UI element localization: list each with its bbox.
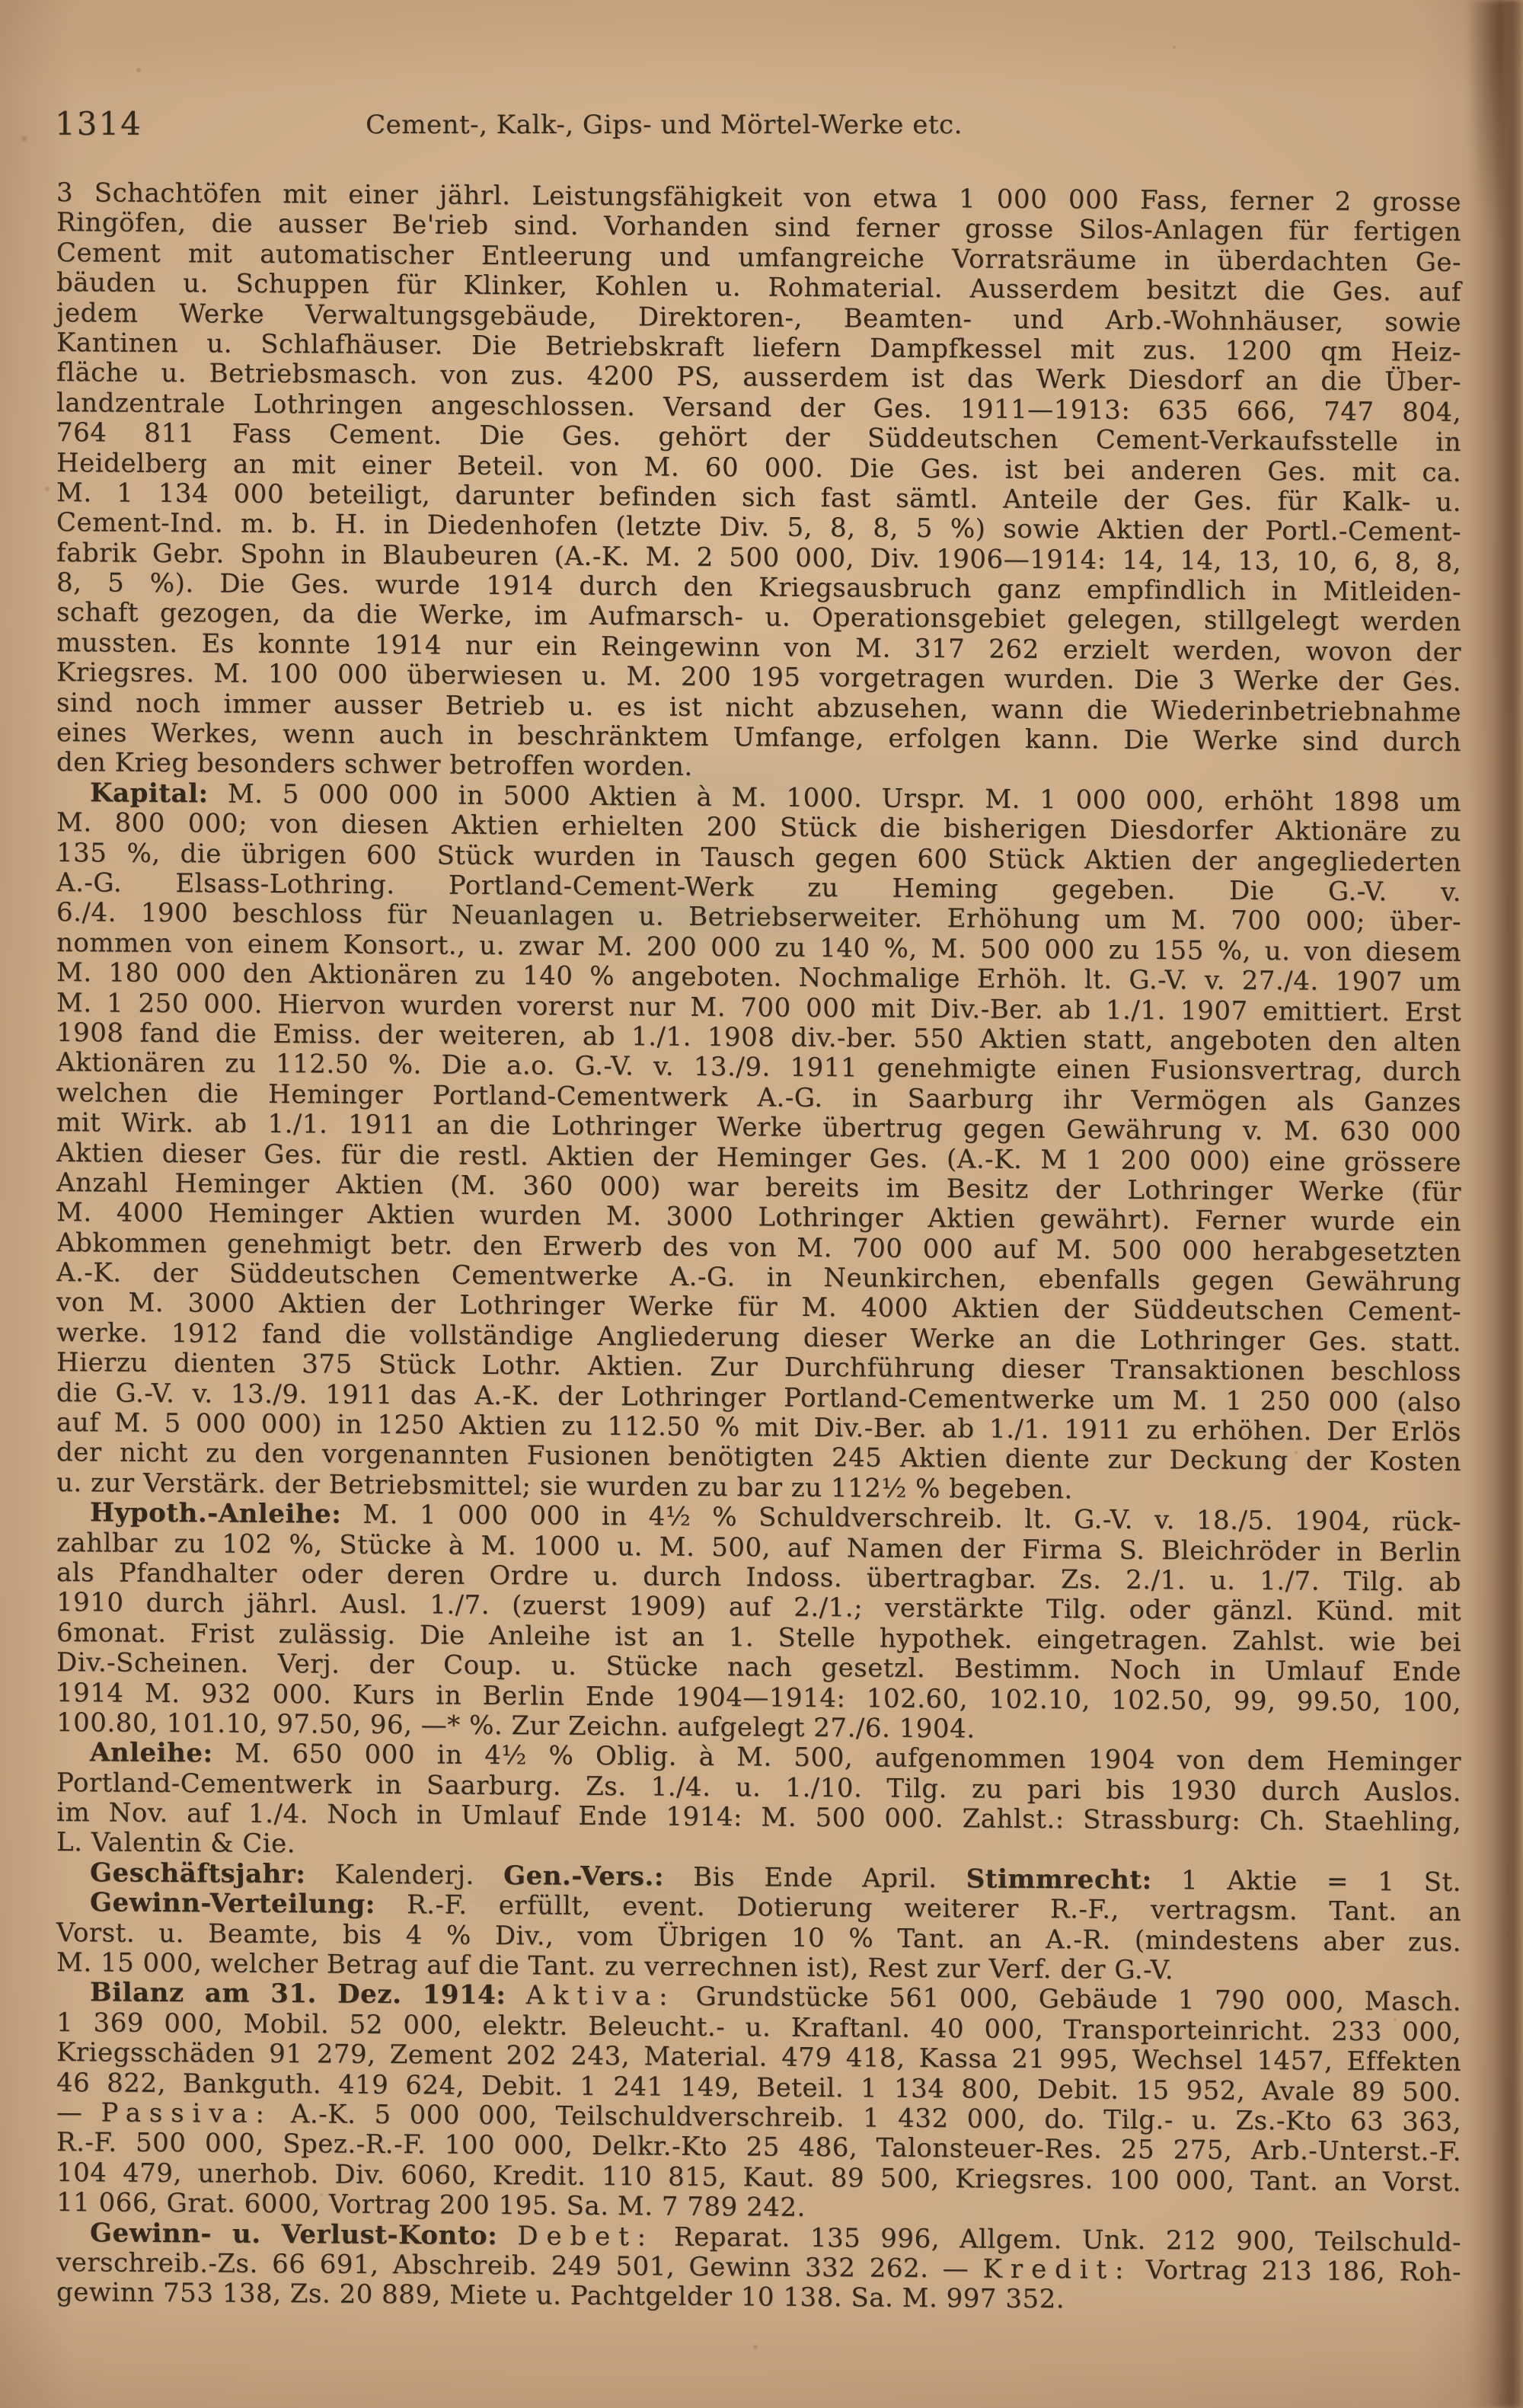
paragraph: Kapital: M. 5 000 000 in 5000 Aktien à M… [56,778,1461,1508]
spaced-label: Aktiva: [526,1981,676,2012]
text-run: — [56,2097,101,2128]
paragraph: Bilanz am 31. Dez. 1914: Aktiva: Grundst… [56,1978,1461,2228]
text-run: den Krieg besonders schwer betroffen wor… [56,747,693,782]
bold-label: Gen.-Vers.: [503,1860,664,1892]
bold-label: Kapital: [90,778,209,809]
text-run: Vortrag 213 186, Roh- [1132,2255,1461,2288]
paragraph: Gewinn-Verteilung: R.-F. erfüllt, event.… [56,1888,1461,1988]
bold-label: Stimmrecht: [966,1863,1152,1895]
paragraph: 3 Schachtöfen mit einer jährl. Leistungs… [56,178,1461,788]
bold-label: Hypoth.-Anleihe: [90,1497,341,1529]
text-run [497,2221,517,2251]
paper-speckles [0,0,3,3]
paragraph: Gewinn- u. Verlust-Konto: Debet: Reparat… [56,2218,1461,2318]
bold-label: Bilanz am 31. Dez. 1914: [90,1978,506,2011]
running-title: Cement-, Kalk-, Gips- und Mörtel-Werke e… [55,110,1273,140]
body-text: 3 Schachtöfen mit einer jährl. Leistungs… [56,178,1461,2318]
page-edge-shadow [1468,0,1523,2408]
bold-label: Gewinn-Verteilung: [90,1888,375,1921]
page-header: 1314 Cement-, Kalk-, Gips- und Mörtel-We… [55,105,1462,151]
text-run: Bis Ende April. [664,1861,966,1894]
text-run: L. Valentin & Cie. [56,1827,295,1859]
text-run: Kalenderj. [305,1859,503,1891]
spaced-label: Kredit: [983,2253,1132,2285]
binding-shadow [1459,0,1505,320]
spaced-label: Passiva: [101,2097,273,2129]
paragraph: Anleihe: M. 650 000 in 4½ % Oblig. à M. … [56,1738,1461,1867]
book-page: 1314 Cement-, Kalk-, Gips- und Mörtel-We… [0,0,1523,2408]
bold-label: Anleihe: [90,1738,213,1769]
text-run [506,1981,525,2011]
bold-label: Gewinn- u. Verlust-Konto: [90,2218,497,2251]
text-run: 1 Aktie = 1 St. [1152,1865,1461,1898]
spaced-label: Debet: [517,2221,654,2252]
bold-label: Geschäftsjahr: [90,1857,305,1889]
paragraph: Hypoth.-Anleihe: M. 1 000 000 in 4½ % Sc… [56,1498,1461,1748]
text-run: gewinn 753 138, Zs. 20 889, Miete u. Pac… [56,2277,1065,2314]
